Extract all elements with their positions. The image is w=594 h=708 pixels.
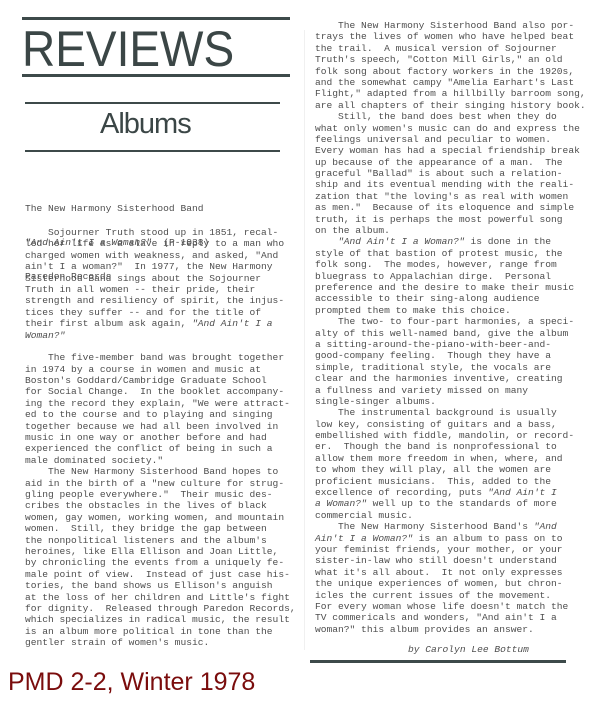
text-line: the nonpolitical listeners and the album… [25, 535, 296, 546]
text-fragment: truth, it is perhaps the most powerful s… [315, 214, 563, 225]
text-fragment: in 1974 by a course in women and music a… [25, 364, 261, 375]
text-fragment: strength and resiliency of spirit, the i… [25, 295, 284, 306]
text-line: excellence of recording, puts "And Ain't… [315, 487, 586, 498]
text-line: gling people everywhere." Their music de… [25, 489, 296, 500]
text-fragment: The instrumental background is usually [315, 407, 557, 418]
text-line: zation that "the loving's as real with w… [315, 191, 586, 202]
section-top-rule [25, 102, 280, 104]
masthead-top-rule [22, 17, 290, 20]
text-fragment: er. Though the band is nonprofessional t… [315, 441, 557, 452]
text-fragment: gling people everywhere." Their music de… [25, 489, 273, 500]
text-fragment: experienced the conflict of being in suc… [25, 443, 273, 454]
text-fragment: simple, traditional style, the vocals ar… [315, 362, 551, 373]
text-fragment: for Social Change. In the booklet accomp… [25, 386, 284, 397]
text-fragment: preference and the desire to make their … [315, 282, 574, 293]
text-fragment: embellished with fiddle, mandolin, or re… [315, 430, 574, 441]
text-line: gentler strain of women's music. [25, 637, 296, 648]
text-fragment: and the somewhat campy "Amelia Earhart's… [315, 77, 574, 88]
page-title: REVIEWS [22, 24, 234, 74]
album-title-ref: a Woman?" [315, 498, 367, 509]
text-line: experienced the conflict of being in suc… [25, 443, 296, 454]
text-line: folk song about factory workers in the 1… [315, 66, 586, 77]
text-line: trays the lives of women who have helped… [315, 31, 586, 42]
text-line: feelings universal and peculiar to women… [315, 134, 586, 145]
text-fragment: gentler strain of women's music. [25, 637, 209, 648]
text-fragment: on the album. [315, 225, 390, 236]
text-line: commercial music. [315, 510, 586, 521]
text-fragment: ed to the course and to playing and sing… [25, 409, 273, 420]
album-title-ref: Ain't I a Woman?" [315, 533, 413, 544]
text-line: their first album ask again, "And Ain't … [25, 318, 296, 329]
text-line: Every woman has had a special friendship… [315, 145, 586, 156]
text-fragment: ship and its eventual mending with the r… [315, 179, 574, 190]
text-line: embellished with fiddle, mandolin, or re… [315, 430, 586, 441]
text-fragment: the nonpolitical listeners and the album… [25, 535, 267, 546]
text-fragment: folk song about factory workers in the 1… [315, 66, 574, 77]
text-line: The New Harmony Sisterhood Band's "And [315, 521, 586, 532]
section-title: Albums [100, 109, 191, 139]
text-fragment: are all chapters of their singing histor… [315, 100, 586, 111]
text-line: The two- to four-part harmonies, a speci… [315, 316, 586, 327]
text-fragment: The five-member band was brought togethe… [25, 352, 284, 363]
text-line: Truth's speech, "Cotton Mill Girls," an … [315, 54, 586, 65]
text-line: Sisterhood Band sings about the Sojourne… [25, 273, 296, 284]
text-line: to whom they will play, all the women ar… [315, 464, 586, 475]
text-fragment: proficient musicians. This, added to the [315, 476, 551, 487]
masthead-bottom-rule [22, 74, 290, 77]
text-line: style of that bastion of protest music, … [315, 248, 586, 259]
section-bottom-rule [25, 150, 280, 152]
text-line: male point of view. Instead of just case… [25, 569, 296, 580]
text-line: what only women's music can do and expre… [315, 123, 586, 134]
text-line: Boston's Goddard/Cambridge Graduate Scho… [25, 375, 296, 386]
text-line: women. Still, they bridge the gap betwee… [25, 523, 296, 534]
album-artist: The New Harmony Sisterhood Band [25, 203, 209, 214]
text-line: accessible to their sing-along audience [315, 293, 586, 304]
text-line: music in one way or another before and h… [25, 432, 296, 443]
text-line: simple, traditional style, the vocals ar… [315, 362, 586, 373]
text-line: Sojourner Truth stood up in 1851, recal- [25, 227, 296, 238]
text-fragment: Sisterhood Band sings about the Sojourne… [25, 273, 261, 284]
text-fragment: charged women with weakness, and asked, … [25, 250, 278, 261]
text-fragment: cribes the obstacles in the lives of bla… [25, 500, 267, 511]
text-line: male dominated society." [25, 455, 296, 466]
text-fragment: a sitting-around-the-piano-with-beer-and… [315, 339, 551, 350]
text-fragment: feelings universal and peculiar to women… [315, 134, 551, 145]
text-fragment: women. Still, they bridge the gap betwee… [25, 523, 267, 534]
text-fragment: women, gay women, working women, and mou… [25, 512, 284, 523]
text-line: aid in the birth of a "new culture for s… [25, 478, 296, 489]
text-fragment: is done in the [465, 236, 551, 247]
text-fragment: The New Harmony Sisterhood Band's [315, 521, 534, 532]
text-line: Still, the band does best when they do [315, 111, 586, 122]
text-line: a sitting-around-the-piano-with-beer-and… [315, 339, 586, 350]
text-line: as men." Because of its eloquence and si… [315, 202, 586, 213]
text-line: for Social Change. In the booklet accomp… [25, 386, 296, 397]
text-line: alty of this well-named band, give the a… [315, 328, 586, 339]
album-title-ref: Woman?" [25, 330, 65, 341]
text-line: by chronicling the events from a uniquel… [25, 557, 296, 568]
text-fragment: a fullness and variety missed on many [315, 385, 528, 396]
text-line: for dignity. Released through Paredon Re… [25, 603, 296, 614]
text-line: up because of the appearance of a man. T… [315, 157, 586, 168]
text-fragment: your feminist friends, your mother, or y… [315, 544, 563, 555]
text-fragment: is an album more political in tone than … [25, 626, 273, 637]
text-fragment: is an album to pass on to [413, 533, 563, 544]
text-line: TV commericals and wonders, "And ain't I… [315, 612, 586, 623]
text-line: low key, consisting of guitars and a bas… [315, 419, 586, 430]
text-line: preference and the desire to make their … [315, 282, 586, 293]
text-fragment: ain't I a woman?" In 1977, the New Harmo… [25, 261, 273, 272]
text-line: For every woman whose life doesn't match… [315, 601, 586, 612]
text-line: a fullness and variety missed on many [315, 385, 586, 396]
text-fragment: which specializes in radical music, the … [25, 614, 290, 625]
text-line: ing the record they explain, "We were at… [25, 398, 296, 409]
text-line: together because we had all been involve… [25, 421, 296, 432]
text-fragment: what only women's music can do and expre… [315, 123, 580, 134]
text-line: ship and its eventual mending with the r… [315, 179, 586, 190]
text-line: proficient musicians. This, added to the [315, 476, 586, 487]
text-line: the unique experiences of women, but chr… [315, 578, 586, 589]
text-fragment: For every woman whose life doesn't match… [315, 601, 568, 612]
text-fragment: for dignity. Released through Paredon Re… [25, 603, 296, 614]
text-fragment: sister-in-law who still doesn't understa… [315, 555, 557, 566]
album-title-ref: "And Ain't I a [192, 318, 273, 329]
text-fragment: aid in the birth of a "new culture for s… [25, 478, 284, 489]
text-line: single-singer albums. [315, 396, 586, 407]
text-line: on the album. [315, 225, 586, 236]
review-body-left: Sojourner Truth stood up in 1851, recal-… [25, 227, 296, 648]
text-line: tices they suffer -- and for the title o… [25, 307, 296, 318]
text-fragment: Every woman has had a special friendship… [315, 145, 580, 156]
text-fragment: the trail. A musical version of Sojourne… [315, 43, 557, 54]
text-fragment: music in one way or another before and h… [25, 432, 267, 443]
text-line: sister-in-law who still doesn't understa… [315, 555, 586, 566]
text-line: Ain't I a Woman?" is an album to pass on… [315, 533, 586, 544]
text-fragment: their first album ask again, [25, 318, 192, 329]
text-line: folk song. The modes, however, range fro… [315, 259, 586, 270]
text-fragment: ing the record they explain, "We were at… [25, 398, 290, 409]
text-line: ed to the course and to playing and sing… [25, 409, 296, 420]
text-fragment: prompted them to make this choice. [315, 305, 511, 316]
text-fragment: good-company feeling. Though they have a [315, 350, 551, 361]
text-fragment: The New Harmony Sisterhood Band also por… [315, 20, 574, 31]
text-line: woman?" this album provides an answer. [315, 624, 586, 635]
text-line: the trail. A musical version of Sojourne… [315, 43, 586, 54]
text-line: Flight," adapted from a hillbilly barroo… [315, 88, 586, 99]
text-fragment: at the loss of her children and Little's… [25, 592, 290, 603]
text-line: "And Ain't I a Woman?" is done in the [315, 236, 586, 247]
text-fragment: excellence of recording, puts [315, 487, 488, 498]
text-fragment: Truth's speech, "Cotton Mill Girls," an … [315, 54, 563, 65]
text-line: what it's all about. It not only express… [315, 567, 586, 578]
text-fragment: together because we had all been involve… [25, 421, 278, 432]
text-fragment: Sojourner Truth stood up in 1851, recal- [25, 227, 278, 238]
text-line: and the somewhat campy "Amelia Earhart's… [315, 77, 586, 88]
text-line: which specializes in radical music, the … [25, 614, 296, 625]
album-title-ref: "And Ain't I a Woman?" [338, 236, 465, 247]
text-fragment: as men." Because of its eloquence and si… [315, 202, 574, 213]
text-fragment: heroines, like Ella Ellison and Joan Lit… [25, 546, 278, 557]
text-fragment: well up to the standards of more [367, 498, 557, 509]
text-fragment: male point of view. Instead of just case… [25, 569, 290, 580]
text-line: is an album more political in tone than … [25, 626, 296, 637]
text-line: icles the current issues of the movement… [315, 590, 586, 601]
text-fragment: allow them more freedom in when, where, … [315, 453, 563, 464]
text-line: clear and the harmonies inventive, creat… [315, 373, 586, 384]
text-line: are all chapters of their singing histor… [315, 100, 586, 111]
text-line: The instrumental background is usually [315, 407, 586, 418]
text-line: Truth in all women -- their pride, their [25, 284, 296, 295]
text-fragment: to whom they will play, all the women ar… [315, 464, 551, 475]
end-rule [310, 660, 566, 663]
text-fragment: Still, the band does best when they do [315, 111, 557, 122]
text-fragment: led her life as a slave in reply to a ma… [25, 238, 284, 249]
text-fragment: single-singer albums. [315, 396, 436, 407]
text-fragment: Boston's Goddard/Cambridge Graduate Scho… [25, 375, 267, 386]
text-fragment: The two- to four-part harmonies, a speci… [315, 316, 574, 327]
text-fragment: alty of this well-named band, give the a… [315, 328, 568, 339]
text-fragment: The New Harmony Sisterhood Band hopes to [25, 466, 278, 477]
text-fragment: zation that "the loving's as real with w… [315, 191, 568, 202]
text-line: charged women with weakness, and asked, … [25, 250, 296, 261]
text-fragment: male dominated society." [25, 455, 163, 466]
byline: by Carolyn Lee Bottum [408, 644, 529, 655]
text-fragment: low key, consisting of guitars and a bas… [315, 419, 557, 430]
text-line: The New Harmony Sisterhood Band hopes to [25, 466, 296, 477]
text-line: Woman?" [25, 330, 296, 341]
text-fragment: graceful "Ballad" is about such a relati… [315, 168, 563, 179]
text-fragment: accessible to their sing-along audience [315, 293, 540, 304]
text-fragment: folk song. The modes, however, range fro… [315, 259, 557, 270]
text-line: women, gay women, working women, and mou… [25, 512, 296, 523]
text-line: led her life as a slave in reply to a ma… [25, 238, 296, 249]
text-fragment: woman?" this album provides an answer. [315, 624, 534, 635]
text-fragment: tories, the band shows us Ellison's angu… [25, 580, 273, 591]
text-fragment: what it's all about. It not only express… [315, 567, 563, 578]
publication-footer: PMD 2-2, Winter 1978 [8, 667, 255, 697]
text-fragment: TV commericals and wonders, "And ain't I… [315, 612, 557, 623]
column-divider [304, 30, 305, 650]
text-fragment: tices they suffer -- and for the title o… [25, 307, 261, 318]
text-line: The New Harmony Sisterhood Band also por… [315, 20, 586, 31]
text-fragment: icles the current issues of the movement… [315, 590, 551, 601]
text-line: tories, the band shows us Ellison's angu… [25, 580, 296, 591]
text-fragment: style of that bastion of protest music, … [315, 248, 563, 259]
text-fragment: commercial music. [315, 510, 413, 521]
paragraph-gap [25, 341, 296, 352]
text-fragment: the unique experiences of women, but chr… [315, 578, 563, 589]
text-line: your feminist friends, your mother, or y… [315, 544, 586, 555]
album-title-ref: "And Ain't I [488, 487, 557, 498]
album-title-ref: "And [534, 521, 557, 532]
text-fragment: Truth in all women -- their pride, their [25, 284, 255, 295]
text-line: truth, it is perhaps the most powerful s… [315, 214, 586, 225]
text-fragment: bluegrass to Appalachian dirge. Personal [315, 271, 551, 282]
review-body-right: The New Harmony Sisterhood Band also por… [315, 20, 586, 635]
text-line: bluegrass to Appalachian dirge. Personal [315, 271, 586, 282]
text-fragment: by chronicling the events from a uniquel… [25, 557, 284, 568]
text-line: prompted them to make this choice. [315, 305, 586, 316]
text-fragment: trays the lives of women who have helped… [315, 31, 574, 42]
text-line: in 1974 by a course in women and music a… [25, 364, 296, 375]
text-line: graceful "Ballad" is about such a relati… [315, 168, 586, 179]
text-line: strength and resiliency of spirit, the i… [25, 295, 296, 306]
text-fragment: up because of the appearance of a man. T… [315, 157, 563, 168]
text-line: a Woman?" well up to the standards of mo… [315, 498, 586, 509]
text-fragment: clear and the harmonies inventive, creat… [315, 373, 563, 384]
text-line: The five-member band was brought togethe… [25, 352, 296, 363]
text-line: ain't I a woman?" In 1977, the New Harmo… [25, 261, 296, 272]
text-line: cribes the obstacles in the lives of bla… [25, 500, 296, 511]
text-fragment: Flight," adapted from a hillbilly barroo… [315, 88, 586, 99]
text-line: er. Though the band is nonprofessional t… [315, 441, 586, 452]
text-line: at the loss of her children and Little's… [25, 592, 296, 603]
text-line: good-company feeling. Though they have a [315, 350, 586, 361]
text-line: allow them more freedom in when, where, … [315, 453, 586, 464]
text-line: heroines, like Ella Ellison and Joan Lit… [25, 546, 296, 557]
